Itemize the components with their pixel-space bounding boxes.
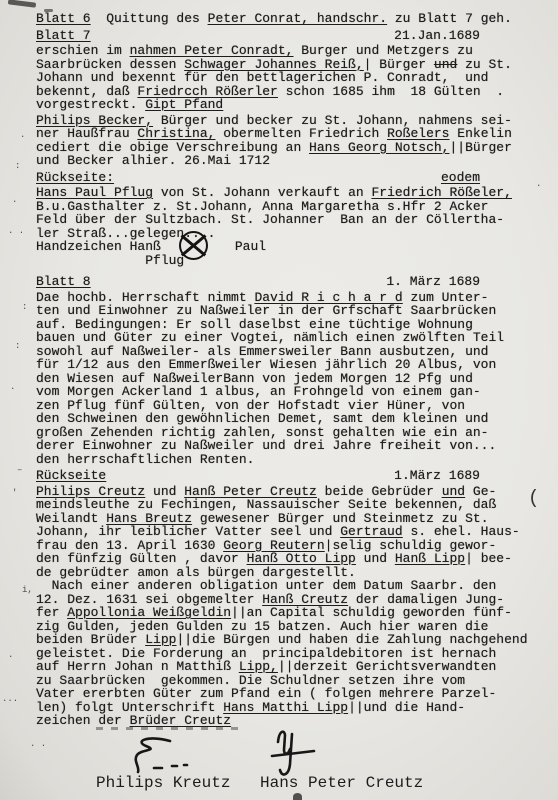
text-line: sowohl auf Naßweiler- als Emmersweiler B… bbox=[36, 345, 536, 359]
underlined-text: Gipt Pfand bbox=[145, 97, 223, 112]
text: | bee- bbox=[465, 551, 512, 566]
underlined-text: Blatt 8 bbox=[36, 274, 91, 289]
typewritten-text: Blatt 6 Quittung des Peter Conrat, hands… bbox=[36, 12, 536, 730]
scan-smudge bbox=[8, 0, 36, 8]
underlined-text: Hanß Lipp bbox=[395, 551, 465, 566]
heading-row: Rückseite1.März 1689 bbox=[36, 469, 536, 483]
scan-noise: · bbox=[8, 653, 13, 662]
paragraph: Philips Becker, Bürger und becker zu St.… bbox=[36, 114, 536, 168]
text-line: den herrschaftlichen Renten. bbox=[36, 453, 536, 467]
scan-noise: · bbox=[536, 182, 541, 191]
text-line: Blatt 6 Quittung des Peter Conrat, hands… bbox=[36, 12, 536, 26]
text-line: cediert die obige Verschreibung an Hans … bbox=[36, 141, 536, 155]
text-line: ner Haußfrau Christina, obermelten Fried… bbox=[36, 127, 536, 141]
scan-noise: i, bbox=[22, 586, 33, 595]
scan-noise: · bbox=[10, 385, 15, 394]
text-line: vom Morgen Ackerland 1 albus, an Frohnge… bbox=[36, 385, 536, 399]
date-label: 1. März 1689 bbox=[386, 275, 480, 289]
text-line: auf. Bedingungen: Er soll daselbst eine … bbox=[36, 318, 536, 332]
text-line: de gebrüdter amon als bürgen dargestellt… bbox=[36, 566, 536, 580]
underlined-text: eodem bbox=[441, 170, 480, 185]
paragraph: Philips Creutz und Hanß Peter Creutz bei… bbox=[36, 485, 536, 728]
signature-name-left: Philips Kreutz bbox=[96, 774, 230, 792]
heading-label: Rückseite: bbox=[36, 171, 114, 185]
text-line: beiden Brüder Lipp||die Bürgen und haben… bbox=[36, 633, 536, 647]
heading-label: Blatt 7 bbox=[36, 29, 91, 43]
underlined-text: Peter Conrat, handschr. bbox=[208, 11, 387, 26]
text: 21.Jan.1689 bbox=[394, 28, 480, 43]
underlined-text: Blatt 7 bbox=[36, 28, 91, 43]
text-line: für 1/12 aus den Emmerßweiler Wiesen jäh… bbox=[36, 358, 536, 372]
text-line: bekennt, daß Friedrcch Rößerler schon 16… bbox=[36, 85, 536, 99]
date-label: eodem bbox=[441, 171, 480, 185]
date-label: 21.Jan.1689 bbox=[394, 29, 480, 43]
text-line: den Wiesen auf NaßweilerBann von jedem M… bbox=[36, 372, 536, 386]
text-line: und Becker alhier. 26.Mai 1712 bbox=[36, 154, 536, 168]
text-line: Pflug bbox=[36, 254, 536, 268]
text-line: Johann, ihr leiblicher Vatter seel und G… bbox=[36, 525, 536, 539]
text-line: Dae hochb. Herrschaft nimmt David R i c … bbox=[36, 291, 536, 305]
scan-noise: – bbox=[17, 466, 22, 475]
underlined-text: Brüder Creutz bbox=[130, 713, 231, 728]
text-line: erschien im nahmen Peter Conradt, Burger… bbox=[36, 44, 536, 58]
heading-row: Rückseite:eodem bbox=[36, 171, 536, 185]
text: Paul bbox=[211, 239, 266, 254]
paragraph: Dae hochb. Herrschaft nimmt David R i c … bbox=[36, 291, 536, 467]
text: und Becker alhier. 26.Mai 1712 bbox=[36, 153, 270, 168]
text: vorgestreckt. bbox=[36, 97, 145, 112]
text-line: den Schweinen den gewöhnlichen Demet, sa… bbox=[36, 412, 536, 426]
underlined-text: Rückseite: bbox=[36, 170, 114, 185]
heading-label: Blatt 8 bbox=[36, 275, 91, 289]
text-line: Philips Becker, Bürger und becker zu St.… bbox=[36, 114, 536, 128]
scan-noise: . bbox=[12, 196, 17, 205]
underlined-text: Hans Georg Notsch, bbox=[309, 140, 449, 155]
text-line: derer Einwohner zu Naßweiler und drei Ja… bbox=[36, 439, 536, 453]
scan-noise: : bbox=[15, 342, 20, 351]
text: zu Blatt 7 geh. bbox=[387, 11, 512, 26]
text: Pflug bbox=[36, 253, 184, 268]
text-line: großen Zehenden richtig zahlen, sonst ge… bbox=[36, 426, 536, 440]
text-line: Philips Creutz und Hanß Peter Creutz bei… bbox=[36, 485, 536, 499]
paragraph: erschien im nahmen Peter Conradt, Burger… bbox=[36, 44, 536, 112]
text-line: ten und Einwohner zu Naßweiler in der Gr… bbox=[36, 304, 536, 318]
text: Quittung des bbox=[91, 11, 208, 26]
scan-noise: · · bbox=[8, 229, 24, 238]
text-line: fer Appollonia Weißgeldin||an Capital sc… bbox=[36, 606, 536, 620]
underlined-text: Rückseite bbox=[36, 468, 106, 483]
underlined-text: Blatt 6 bbox=[36, 11, 91, 26]
text-line: Vater ererbten Güter zum Pfand ein ( fol… bbox=[36, 687, 536, 701]
text-line: meindsleuthe zu Fechingen, Nassauischer … bbox=[36, 498, 536, 512]
scan-noise: ' bbox=[12, 489, 17, 498]
text-line: bauen und Güter zu einer Vogtei, nämlich… bbox=[36, 331, 536, 345]
signature-area: Philips Kreutz Hans Peter Creutz bbox=[36, 728, 536, 798]
scan-noise: ··· bbox=[2, 697, 18, 706]
signature-name-right: Hans Peter Creutz bbox=[260, 774, 423, 792]
scanned-document-page: . : . · · : : · – ' i, · ··· · · · ( Bla… bbox=[0, 0, 558, 800]
heading-label: Rückseite bbox=[36, 469, 106, 483]
text-line: Nach einer anderen obligation unter dem … bbox=[36, 579, 536, 593]
text-line: den fünfzig Gülten , davor Hanß Otto Lip… bbox=[36, 552, 536, 566]
text: 1.März 1689 bbox=[394, 468, 480, 483]
text-line: Handzeichen Hanß Paul bbox=[36, 240, 536, 254]
text: 1. März 1689 bbox=[386, 274, 480, 289]
text-line: geleistet. Die Forderung an principaldeb… bbox=[36, 647, 536, 661]
text: den herrschaftlichen Renten. bbox=[36, 452, 254, 467]
underlined-text: Hans Matthi Lipp bbox=[223, 700, 348, 715]
text-line: vorgestreckt. Gipt Pfand bbox=[36, 98, 536, 112]
text-line: 12. Dez. 1631 sei obgemelter Hanß Creutz… bbox=[36, 593, 536, 607]
text-line: zen Pflug fünf Gülten, von der Hofstadt … bbox=[36, 399, 536, 413]
text-line: frau den 13. April 1630 Georg Reutern|se… bbox=[36, 539, 536, 553]
text-line: len) folgt Unterschrift Hans Matthi Lipp… bbox=[36, 701, 536, 715]
text: ||Bürger bbox=[449, 140, 511, 155]
text: und bbox=[356, 551, 395, 566]
text-line: Feld über der Sultzbach. St. Johanner Ba… bbox=[36, 213, 536, 227]
text-line: ler Straß...gelegen.... bbox=[36, 227, 536, 241]
text-line: Johann und bexennt für den bettlageriche… bbox=[36, 71, 536, 85]
text-line: Hans Paul Pflug von St. Johann verkauft … bbox=[36, 186, 536, 200]
scan-noise: : bbox=[22, 303, 27, 312]
text-line: zu Saarbrücken gekommen. Die Schuldner s… bbox=[36, 674, 536, 688]
text-line: B.u.Gasthalter z. St.Johann, Anna Margar… bbox=[36, 200, 536, 214]
text-line: auf Herrn Johan n Matthiß Lipp,||derzeit… bbox=[36, 660, 536, 674]
text: ||und die Hand- bbox=[348, 700, 465, 715]
text: zeichen der bbox=[36, 713, 130, 728]
heading-row: Blatt 81. März 1689 bbox=[36, 275, 536, 289]
text: schon 1685 ihm 18 Gülten . bbox=[278, 84, 504, 99]
paragraph: Hans Paul Pflug von St. Johann verkauft … bbox=[36, 186, 536, 267]
date-label: 1.März 1689 bbox=[394, 469, 480, 483]
scan-noise: : bbox=[15, 162, 20, 171]
text-line: Saarbrücken dessen Schwager Johannes Rei… bbox=[36, 58, 536, 72]
circle-cross-icon bbox=[179, 231, 208, 260]
heading-row: Blatt 721.Jan.1689 bbox=[36, 29, 536, 43]
text-line: Weilandt Hans Breutz gewesener Bürger un… bbox=[36, 512, 536, 526]
scan-noise: . bbox=[20, 131, 25, 140]
text-line: zig Gulden, jeden Gulden zu 15 batzen. A… bbox=[36, 620, 536, 634]
